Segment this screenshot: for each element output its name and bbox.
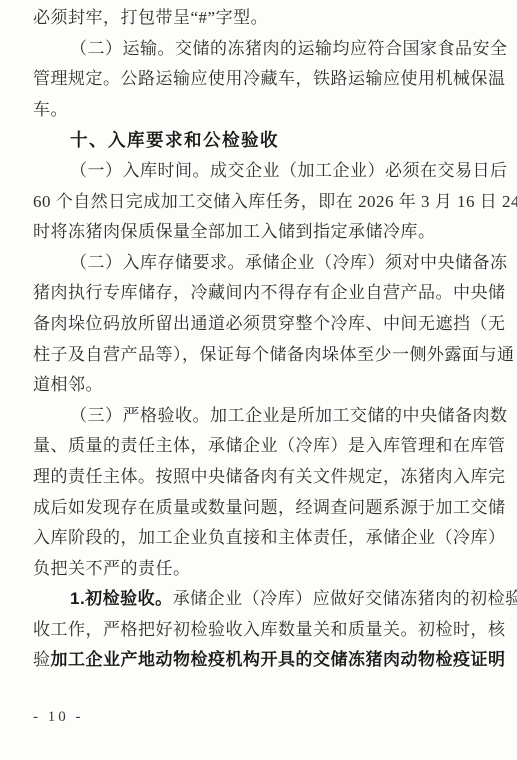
text-run: 时将冻猪肉保质保量全部加工入储到指定承储冷库。 (33, 222, 436, 241)
text-line: （二）运输。交储的冻猪肉的运输均应符合国家食品安全 (33, 34, 486, 65)
text-line: 量、质量的责任主体，承储企业（冷库）是入库管理和在库管 (33, 431, 486, 462)
text-line: 验加工企业产地动物检疫机构开具的交储冻猪肉动物检疫证明 (33, 645, 486, 676)
bold-text-run: 加工企业产地动物检疫机构开具的交储冻猪肉动物检疫证明 (51, 650, 506, 669)
text-line: 理的责任主体。按照中央储备肉有关文件规定，冻猪肉入库完 (33, 462, 486, 493)
text-line: （一）入库时间。成交企业（加工企业）必须在交易日后 (33, 156, 486, 187)
text-line: 1.初检验收。承储企业（冷库）应做好交储冻猪肉的初检验 (33, 584, 486, 615)
bold-text-run: 十、入库要求和公检验收 (70, 130, 279, 150)
text-line: 负把关不严的责任。 (33, 554, 486, 585)
text-line: （三）严格验收。加工企业是所加工交储的中央储备肉数 (33, 401, 486, 432)
text-line: 收工作，严格把好初检验收入库数量关和质量关。初检时，核 (33, 615, 486, 646)
text-run: 60 个自然日完成加工交储入库任务，即在 2026 年 3 月 16 日 24 (33, 192, 517, 211)
text-line: 60 个自然日完成加工交储入库任务，即在 2026 年 3 月 16 日 24 (33, 187, 486, 218)
text-run: 道相邻。 (33, 375, 103, 394)
text-line: （二）入库存储要求。承储企业（冷库）须对中央储备冻 (33, 248, 486, 279)
text-run: （二）运输。交储的冻猪肉的运输均应符合国家食品安全 (70, 39, 508, 58)
text-run: 猪肉执行专库储存，冷藏间内不得存有企业自营产品。中央储 (33, 283, 506, 302)
text-run: （三）严格验收。加工企业是所加工交储的中央储备肉数 (70, 406, 508, 425)
text-line: 管理规定。公路运输应使用冷藏车，铁路运输应使用机械保温 (33, 64, 486, 95)
text-line: 成后如发现存在质量或数量问题，经调查问题系源于加工交储 (33, 493, 486, 524)
text-line: 必须封牢，打包带呈“#”字型。 (33, 3, 486, 34)
text-run: 承储企业（冷库）应做好交储冻猪肉的初检验 (173, 589, 517, 608)
text-line: 道相邻。 (33, 370, 486, 401)
text-line: 时将冻猪肉保质保量全部加工入储到指定承储冷库。 (33, 217, 486, 248)
text-run: 收工作，严格把好初检验收入库数量关和质量关。初检时，核 (33, 620, 506, 639)
section-heading: 十、入库要求和公检验收 (33, 125, 486, 156)
text-line: 备肉垛位码放所留出通道必须贯穿整个冷库、中间无遮挡（无 (33, 309, 486, 340)
text-run: 入库阶段的，加工企业负直接和主体责任，承储企业（冷库） (33, 528, 506, 547)
text-lines: 必须封牢，打包带呈“#”字型。（二）运输。交储的冻猪肉的运输均应符合国家食品安全… (33, 3, 486, 676)
text-run: 验 (33, 650, 51, 669)
text-run: 量、质量的责任主体，承储企业（冷库）是入库管理和在库管 (33, 436, 506, 455)
text-run: 负把关不严的责任。 (33, 559, 191, 578)
text-run: 备肉垛位码放所留出通道必须贯穿整个冷库、中间无遮挡（无 (33, 314, 506, 333)
text-line: 猪肉执行专库储存，冷藏间内不得存有企业自营产品。中央储 (33, 278, 486, 309)
text-run: 柱子及自营产品等），保证每个储备肉垛体至少一侧外露面与通 (33, 345, 515, 364)
document-page: 必须封牢，打包带呈“#”字型。（二）运输。交储的冻猪肉的运输均应符合国家食品安全… (0, 0, 517, 760)
text-run: （二）入库存储要求。承储企业（冷库）须对中央储备冻 (70, 253, 508, 272)
text-run: 车。 (33, 100, 68, 119)
bold-text-run: 1.初检验收。 (70, 589, 173, 608)
page-number: - 10 - (33, 709, 486, 726)
text-line: 柱子及自营产品等），保证每个储备肉垛体至少一侧外露面与通 (33, 340, 486, 371)
text-run: 成后如发现存在质量或数量问题，经调查问题系源于加工交储 (33, 498, 506, 517)
text-line: 入库阶段的，加工企业负直接和主体责任，承储企业（冷库） (33, 523, 486, 554)
text-line: 车。 (33, 95, 486, 126)
text-run: 管理规定。公路运输应使用冷藏车，铁路运输应使用机械保温 (33, 69, 506, 88)
text-run: 理的责任主体。按照中央储备肉有关文件规定，冻猪肉入库完 (33, 467, 506, 486)
text-run: （一）入库时间。成交企业（加工企业）必须在交易日后 (70, 161, 508, 180)
text-run: 必须封牢，打包带呈“#”字型。 (33, 8, 268, 27)
